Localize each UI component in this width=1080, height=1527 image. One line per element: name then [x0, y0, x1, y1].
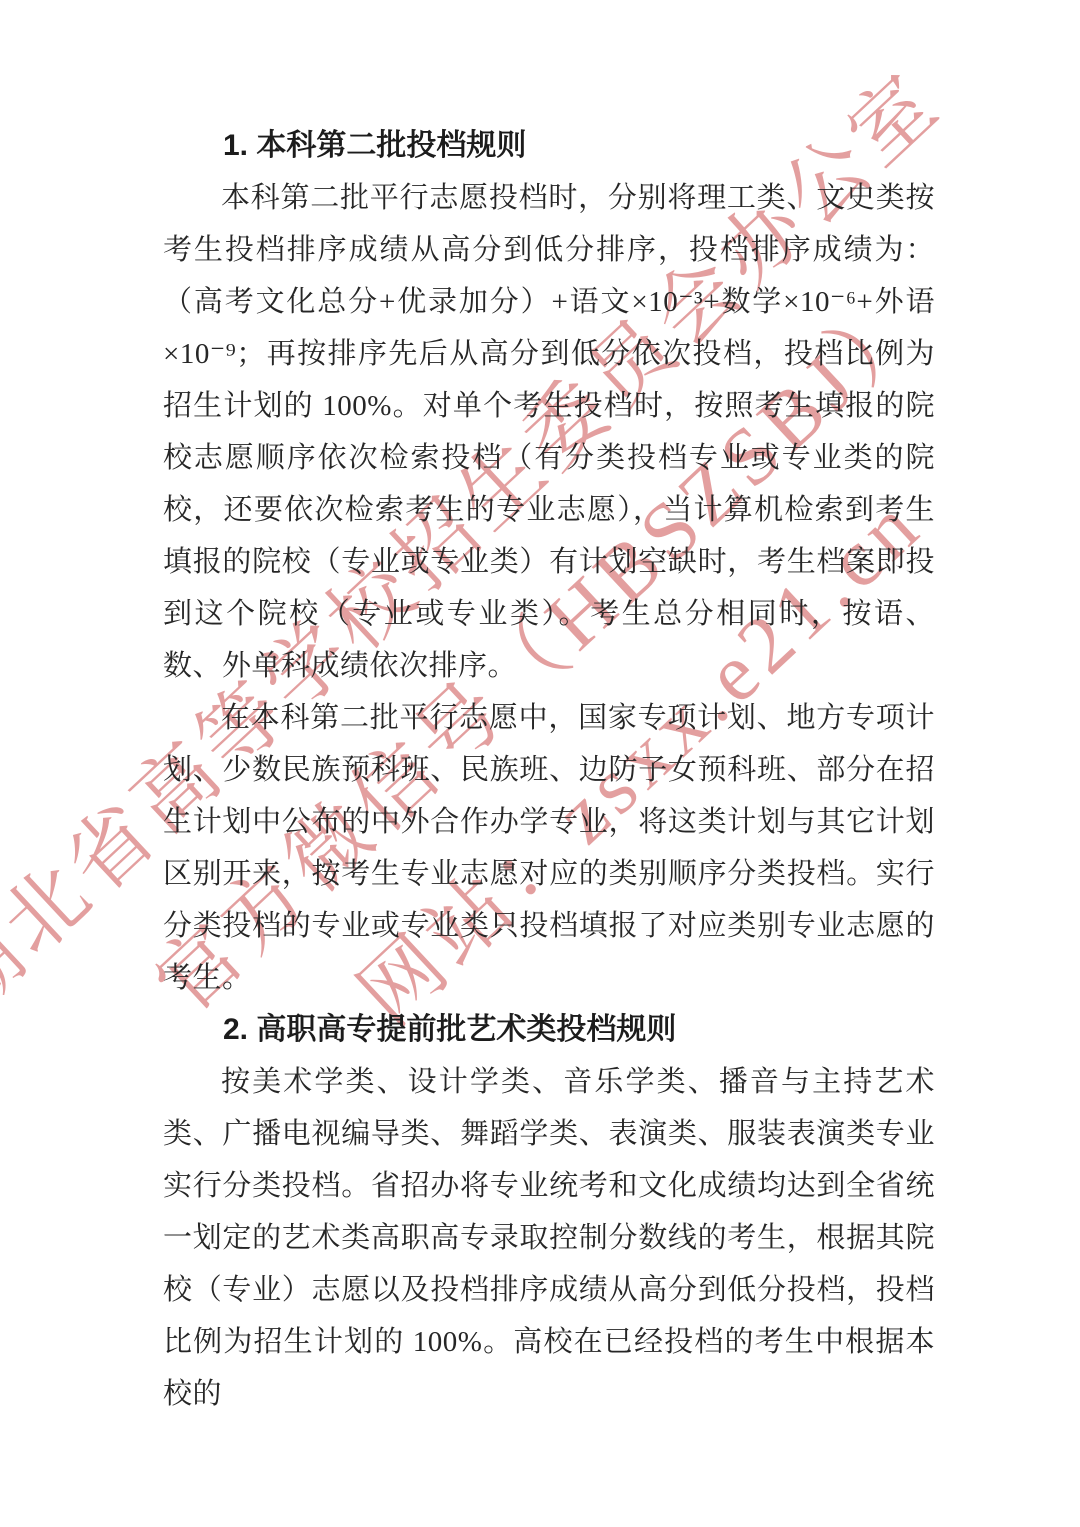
- paragraph-benke-rule-detail: 本科第二批平行志愿投档时，分别将理工类、文史类按考生投档排序成绩从高分到低分排序…: [163, 172, 935, 692]
- section-heading-gaozhi-art-rules: 2. 高职高专提前批艺术类投档规则: [163, 1004, 935, 1056]
- paragraph-benke-special-plans: 在本科第二批平行志愿中，国家专项计划、地方专项计划、少数民族预科班、民族班、边防…: [163, 692, 935, 1004]
- document-page: 湖北省高等学校招生委员会办公室 官方微信号（HBSZSBJ） 网站：zsxx.e…: [0, 0, 1080, 1527]
- section-heading-benke-rules: 1. 本科第二批投档规则: [163, 120, 935, 172]
- paragraph-gaozhi-art-detail: 按美术学类、设计学类、音乐学类、播音与主持艺术类、广播电视编导类、舞蹈学类、表演…: [163, 1056, 935, 1420]
- document-content: 1. 本科第二批投档规则 本科第二批平行志愿投档时，分别将理工类、文史类按考生投…: [163, 120, 935, 1420]
